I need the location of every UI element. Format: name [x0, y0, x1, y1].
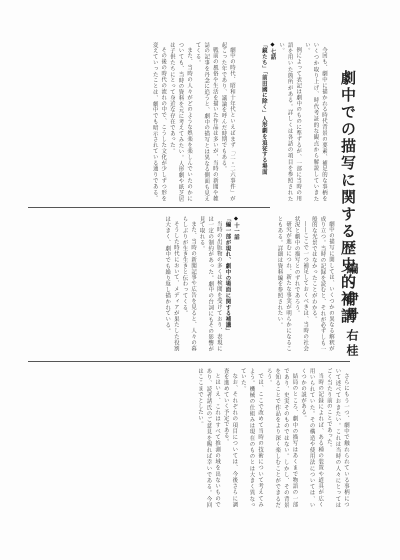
- paragraph: 結局のところ、劇中の描写はあくまで物語の一部であり、史実そのものではない。しかし…: [264, 368, 298, 508]
- lower-body: さらにもう一つ、劇中で触れられている事柄について述べておきたい。これは当時の人々…: [28, 368, 350, 508]
- document-page: 劇中での描写に関する歴史的補講 編・伊丹 右桂 今回も、劇中に描かれる時代背景の…: [0, 0, 400, 560]
- paragraph: ――ここで一つ補足しておくべきは、当時の社会状況と劇中の描写とのずれであろう。: [292, 216, 309, 352]
- article-author: 編・伊丹 右桂: [346, 262, 358, 359]
- section-title: 「編一部が現れ、劇中の場面に関する補講」: [223, 216, 232, 352]
- section-title: 「鏡たち」「前田國に除く」人形劇を追従する場面: [259, 42, 268, 202]
- paragraph: 例によって表記は劇中のものに準ずるが、一部に当時の用語を用いた箇所がある。詳しく…: [276, 42, 302, 202]
- horizontal-rule: [28, 207, 270, 208]
- paragraph: 戦前の風俗や生活を描いた作品は多いが、当時の新聞や雑誌の記事を丹念に追うと、劇中…: [193, 42, 219, 202]
- section-heading: ◆七話: [268, 42, 277, 202]
- paragraph: 今回も、劇中に描かれる時代背景の要素、補足的な事柄をいくつか取り上げ、時代考証的…: [302, 42, 328, 202]
- paragraph: その後の時代の流れの中で、こうした文化が少しずつ形を変えていったことは、劇中でも…: [150, 42, 167, 202]
- paragraph: また、当時の新聞記事や広告を見ると、人々の暮らしぶりが生き生きと伝わってくる。: [180, 216, 197, 352]
- horizontal-rule: [28, 361, 350, 362]
- paragraph: さらにもう一つ、劇中で触れられている事柄について述べておきたい。これは当時の人々…: [324, 368, 350, 508]
- paragraph: とはいえ、これはすべて推測の域を出ないものであり、読者諸氏のご意見を賜れば幸いで…: [195, 368, 221, 508]
- paragraph: では、ここで改めて当時の技術について考えてみよう。機械の仕組みは現在のものとは大…: [238, 368, 264, 508]
- section-number: 十一話: [233, 223, 239, 241]
- paragraph: 劇中の描写に関しては、いくつかの異なる解釈が成り立つ。当時の記録を読むと、それが…: [309, 216, 335, 352]
- paragraph: 当時の出版物の多くは検閲を受けており、表現には一定の制約があった。劇中の台詞にも…: [197, 216, 223, 352]
- paragraph: なお、それぞれの項目については、今後さらに調査を進めていく予定である。: [221, 368, 238, 508]
- section-11-body: ◆十一話 「編一部が現れ、劇中の場面に関する補講」 当時の出版物の多くは検閲を受…: [28, 216, 240, 352]
- paragraph: また、当時の人々がどのような娯楽を楽しんでいたのかについても、当時の資料を元に考…: [167, 42, 193, 202]
- paragraph: 研究が進むにつれ、新たな事実が明らかになることもある。詳細は資料編を参照されたい…: [275, 216, 292, 352]
- section-heading: ◆十一話: [231, 216, 240, 352]
- paragraph: 当時の記録によれば、ある種の装置や道具が広く用いられていた。その構造や使用法につ…: [298, 368, 324, 508]
- section-7-continued: 劇中の描写に関しては、いくつかの異なる解釈が成り立つ。当時の記録を読むと、それが…: [240, 216, 335, 352]
- section-7-body: 劇中の時代、昭和十年代といえばまず「二・二六事件」が起こった年であり、議論を呼ん…: [28, 42, 236, 202]
- section-number: 七話: [269, 49, 275, 61]
- paragraph: そうした時代において、メディアが果たした役割は大きく、劇中でも繰り返し描かれてい…: [163, 216, 180, 352]
- intro-block: 今回も、劇中に描かれる時代背景の要素、補足的な事柄をいくつか取り上げ、時代考証的…: [236, 42, 328, 202]
- paragraph: 劇中の時代、昭和十年代といえばまず「二・二六事件」が起こった年であり、議論を呼ん…: [219, 42, 236, 202]
